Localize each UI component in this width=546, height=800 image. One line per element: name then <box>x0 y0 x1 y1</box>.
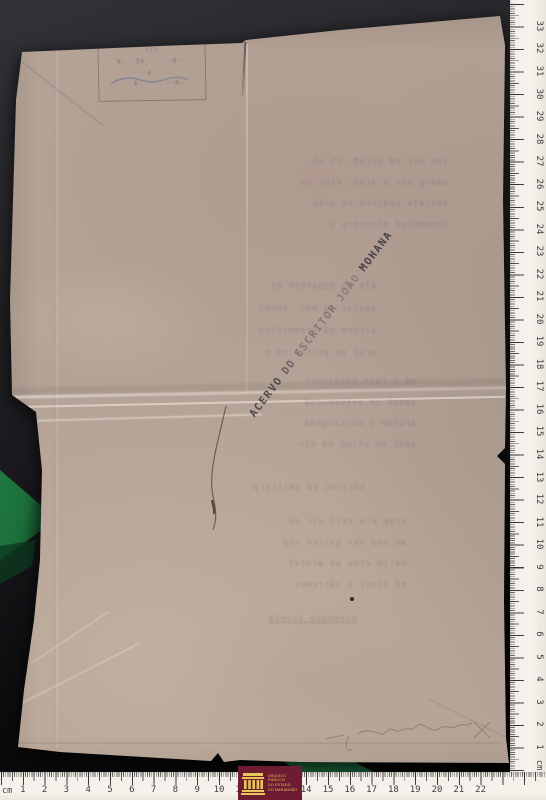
ghost-text-line: otnemucod etneserp o <box>300 215 448 236</box>
building-icon <box>240 770 266 796</box>
document-paper: ·· (i) ··A···IV· ····N·······a ······· 4… <box>0 0 546 800</box>
vertical-ruler-number: 14 <box>534 445 544 463</box>
ghost-text-block: etnemaso icneta <box>268 610 357 628</box>
ghost-text-block: sob oir ed oiraM .rS oAodarg oir o arap … <box>300 152 448 236</box>
ghost-text-line: ed oinuj o oãsremos <box>282 575 406 596</box>
stamp-scribble-mark <box>107 70 193 89</box>
ghost-text-line: saxiac sa moc ,odnes <box>258 298 376 320</box>
ghost-text-line: sotiefe sodived so arap <box>300 194 448 215</box>
vertical-ruler-number: 12 <box>534 490 544 508</box>
horizontal-ruler-number: 8 <box>166 785 184 795</box>
horizontal-ruler-number: 16 <box>341 785 359 795</box>
horizontal-ruler-number: 2 <box>36 785 54 795</box>
horizontal-ruler-number: 9 <box>188 785 206 795</box>
horizontal-ruler-number: 21 <box>450 785 468 795</box>
vertical-ruler-number: 27 <box>534 152 544 170</box>
vertical-ruler-number: 28 <box>534 130 544 148</box>
vertical-ruler: 1234567891011121314151617181920212223242… <box>510 0 546 800</box>
horizontal-ruler-unit-label: cm <box>2 786 12 796</box>
ghost-text-line: ovlim etno ad arutaf <box>282 554 406 575</box>
horizontal-ruler-number: 1 <box>14 785 32 795</box>
vertical-ruler-number: 5 <box>534 648 544 666</box>
vertical-ruler-number: 15 <box>534 422 544 440</box>
vertical-ruler-number: 16 <box>534 400 544 418</box>
horizontal-ruler-number: 5 <box>101 785 119 795</box>
vertical-ruler-number: 25 <box>534 197 544 215</box>
ink-dot <box>350 597 354 601</box>
horizontal-ruler-number: 18 <box>384 785 402 795</box>
vertical-ruler-number: 22 <box>534 265 544 283</box>
ghost-text-line: arap ela reit oir ed <box>282 512 406 533</box>
vertical-ruler-number: 23 <box>534 242 544 260</box>
ghost-text-line: etnemaso icneta <box>268 610 357 628</box>
horizontal-ruler-number: 20 <box>428 785 446 795</box>
ghost-text-line: arutan c aonsiugeda <box>298 414 416 435</box>
vertical-ruler-number: 13 <box>534 468 544 486</box>
scene: ·· (i) ··A···IV· ····N·······a ······· 4… <box>0 0 546 800</box>
ghost-text-line: oãçaroc ed omitserp <box>253 478 365 498</box>
vertical-ruler-number: 30 <box>534 85 544 103</box>
horizontal-ruler-number: 15 <box>319 785 337 795</box>
vertical-ruler-number: 26 <box>534 175 544 193</box>
vertical-ruler-number: 9 <box>534 558 544 576</box>
ghost-text-line: odarg oir o arap ,ejoh ed <box>300 173 448 194</box>
pencil-signature <box>322 712 497 758</box>
vertical-ruler-number: 4 <box>534 670 544 688</box>
vertical-ruler-number: 32 <box>534 39 544 57</box>
ghost-text-line: sob oir ed oiraM .rS oA <box>300 152 448 173</box>
vertical-ruler-number: 18 <box>534 355 544 373</box>
logo-text: Arquivo Público do Estado do Maranhão <box>268 774 297 792</box>
horizontal-ruler-number: 7 <box>145 785 163 795</box>
vertical-ruler-number: 1 <box>534 738 544 756</box>
horizontal-ruler-number: 17 <box>363 785 381 795</box>
archive-logo: Arquivo Público do Estado do Maranhão <box>238 766 302 800</box>
ghost-text-block: arap ela reit oir edam sed nes golrev ro… <box>282 512 406 596</box>
vertical-ruler-number: 8 <box>534 580 544 598</box>
vertical-crease-center <box>246 44 248 394</box>
horizontal-ruler-number: 3 <box>57 785 75 795</box>
ghost-text-line: adac no otrop ed oir <box>298 435 416 456</box>
horizontal-ruler-number: 6 <box>123 785 141 795</box>
vertical-ruler-number: 24 <box>534 220 544 238</box>
vertical-ruler-number: 10 <box>534 535 544 553</box>
vertical-ruler-number: 3 <box>534 693 544 711</box>
vertical-ruler-number: 33 <box>534 17 544 35</box>
vertical-ruler-number: 29 <box>534 107 544 125</box>
horizontal-ruler-number: 4 <box>79 785 97 795</box>
logo-text-line: do Maranhão <box>268 788 297 793</box>
registration-stamp: ·· (i) ··A···IV· ····N·······a ······· 4… <box>98 43 207 102</box>
vertical-ruler-number: 2 <box>534 715 544 733</box>
ghost-text-line: sodot so sotnemucod <box>298 393 416 414</box>
vertical-ruler-number: 21 <box>534 287 544 305</box>
horizontal-ruler-number: 22 <box>472 785 490 795</box>
ghost-text-line: arap so portos ed o <box>258 342 376 364</box>
vertical-ruler-number: 6 <box>534 625 544 643</box>
vertical-ruler-cm-ticks <box>510 4 524 800</box>
vertical-ruler-number: 11 <box>534 513 544 531</box>
ghost-text-block: oãçaroc ed omitserp <box>253 478 365 498</box>
ghost-text-block: ed e rotn odnavonersodot so sotnemucodar… <box>298 372 416 456</box>
vertical-ruler-number: 31 <box>534 62 544 80</box>
vertical-ruler-number: 7 <box>534 603 544 621</box>
vertical-ruler-number: 20 <box>534 310 544 328</box>
horizontal-ruler-number: 10 <box>210 785 228 795</box>
vertical-ruler-number: 19 <box>534 332 544 350</box>
document-paper-wrap: ·· (i) ··A···IV· ····N·······a ······· 4… <box>0 0 546 800</box>
vertical-ruler-number: 17 <box>534 377 544 395</box>
fiber-mark <box>198 400 242 538</box>
ghost-text-line: ed e rotn odnavoner <box>298 372 416 393</box>
horizontal-ruler-number: 19 <box>406 785 424 795</box>
ghost-text-line: am sed nes golrev rop <box>282 533 406 554</box>
